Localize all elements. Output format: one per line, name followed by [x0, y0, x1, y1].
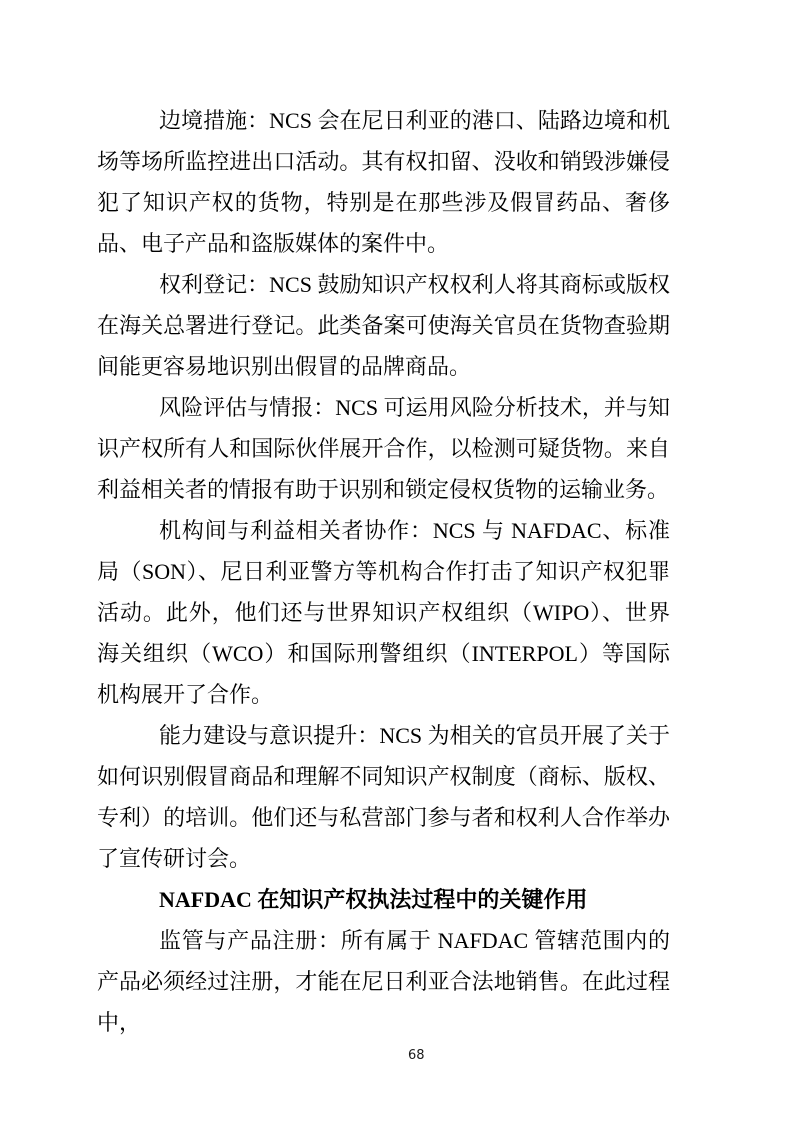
section-heading-nafdac-role: NAFDAC 在知识产权执法过程中的关键作用 [97, 879, 670, 920]
paragraph-regulation-product-registration: 监管与产品注册：所有属于 NAFDAC 管辖范围内的产品必须经过注册，才能在尼日… [97, 920, 670, 1043]
page-number: 68 [408, 1048, 425, 1063]
paragraph-capacity-building: 能力建设与意识提升：NCS 为相关的官员开展了关于如何识别假冒商品和理解不同知识… [97, 715, 670, 879]
paragraph-risk-assessment: 风险评估与情报：NCS 可运用风险分析技术，并与知识产权所有人和国际伙伴展开合作… [97, 387, 670, 510]
document-page: 边境措施：NCS 会在尼日利亚的港口、陆路边境和机场等场所监控进出口活动。其有权… [0, 0, 793, 1122]
document-body: 边境措施：NCS 会在尼日利亚的港口、陆路边境和机场等场所监控进出口活动。其有权… [97, 100, 670, 1043]
paragraph-rights-registration: 权利登记：NCS 鼓励知识产权权利人将其商标或版权在海关总署进行登记。此类备案可… [97, 264, 670, 387]
paragraph-border-measures: 边境措施：NCS 会在尼日利亚的港口、陆路边境和机场等场所监控进出口活动。其有权… [97, 100, 670, 264]
paragraph-interagency-collaboration: 机构间与利益相关者协作：NCS 与 NAFDAC、标准局（SON）、尼日利亚警方… [97, 510, 670, 715]
